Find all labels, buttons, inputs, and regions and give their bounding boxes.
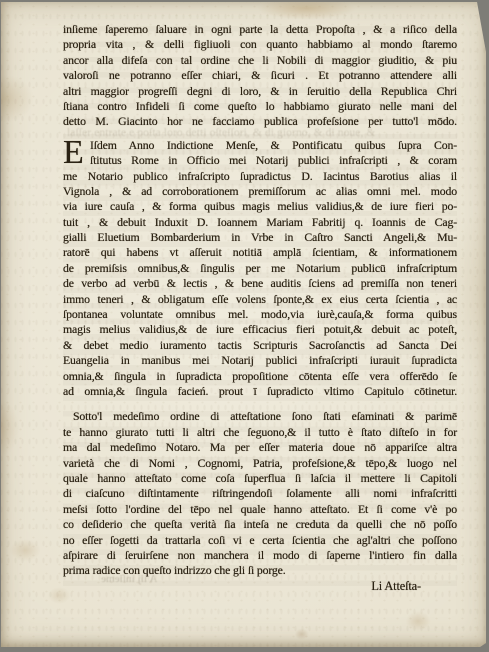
- text-line: magis melius validius,& de iure efficaci…: [63, 322, 457, 337]
- text-line: ſtiana contro Infideli ſi come queſto lo…: [63, 99, 457, 114]
- text-line: propria vita , & delli figliuoli con qua…: [63, 37, 457, 52]
- text-line: Euangelia in manibus mei Notarij publici…: [63, 353, 457, 368]
- text-line: ſtitutus Rome in Officio mei Notarij pub…: [90, 153, 457, 168]
- text-line: co deſiderio che queſta verità ſia inteſ…: [63, 517, 457, 532]
- text-line: no eſſer ſogetti da trattarla coſi vi e …: [63, 533, 457, 548]
- text-line: Sotto'l medeſimo ordine di atteſtatione …: [63, 409, 457, 424]
- text-line: ancor alla difeſa con tal ordine che li …: [63, 53, 457, 68]
- text-line: quale hanno atteſtato come coſa ſuperflu…: [63, 471, 457, 486]
- drop-cap-initial: E: [63, 138, 84, 168]
- page-text-block: inſieme ſaperemo ſaluare in ogni parte l…: [63, 22, 457, 594]
- text-line: ſpontanea voluntate omnibus mel. modo,vi…: [63, 307, 457, 322]
- text-line: via iure cauſa , & forma quibus magis me…: [63, 199, 457, 214]
- text-line: varietà che di Nomi , Cognomi, Patria, p…: [63, 456, 457, 471]
- paragraph-2: E Iſdem Anno Indictione Menſe, & Pontifi…: [63, 138, 457, 400]
- text-line: aſpirare di ſeruirſene non manchera il m…: [63, 548, 457, 563]
- paragraph-3: Sotto'l medeſimo ordine di atteſtatione …: [63, 409, 457, 578]
- text-line: immo teneri , & obligatum eſſe volens ſp…: [63, 292, 457, 307]
- text-line: me Notario publico infraſcripto ſupradic…: [63, 169, 457, 184]
- text-line: omnia,& ſingula in ſupradicta propoſitio…: [63, 369, 457, 384]
- text-line: ratorē qui habens vt aſſeruit notitiā am…: [63, 245, 457, 260]
- text-line: di ciaſcuno diſtintamente riſtringendoſi…: [63, 486, 457, 501]
- text-line: de verbo ad verbū & lectis , & bene audi…: [63, 276, 457, 291]
- paragraph-1: inſieme ſaperemo ſaluare in ogni parte l…: [63, 22, 457, 130]
- text-line: gialli Eluetium Bombarderium in Vrbe in …: [63, 230, 457, 245]
- catchword: Li Atteſta-: [63, 579, 457, 594]
- text-line: ma dal medeſimo Notaro. Ma per eſſer mat…: [63, 440, 457, 455]
- text-line: prima radice con queſto indrizzo che gli…: [63, 563, 457, 578]
- text-line: ad omnia,& ſingula facień. prout ī ſupra…: [63, 384, 457, 399]
- text-line: meſsi ſotto l'ordine del tēpo nel quale …: [63, 502, 457, 517]
- scanned-page: laſſer entrate e poſta loro detti oſteſſ…: [0, 0, 489, 652]
- paper-sheet: laſſer entrate e poſta loro detti oſteſſ…: [1, 2, 486, 647]
- text-line: inſieme ſaperemo ſaluare in ogni parte l…: [63, 22, 457, 37]
- text-line: detto M. Giacinto hor ne facciamo public…: [63, 114, 457, 129]
- text-line: & debet medio iuramento tactis Scripturi…: [63, 338, 457, 353]
- text-line: altri maggior progreſſi degni di loro, &…: [63, 84, 457, 99]
- text-line: te hanno giurato tutti li altri che ſegu…: [63, 425, 457, 440]
- text-line: valoroſi ne potranno eſſer chiari, & ſic…: [63, 68, 457, 83]
- text-line: Iſdem Anno Indictione Menſe, & Pontifica…: [90, 138, 457, 153]
- text-line: Vignola , & ad corroborationem premiſſor…: [63, 184, 457, 199]
- text-line: de premiſsis omnibus,& ſingulis per me N…: [63, 261, 457, 276]
- text-line: tuit , & debuit Induxit D. Ioannem Maria…: [63, 215, 457, 230]
